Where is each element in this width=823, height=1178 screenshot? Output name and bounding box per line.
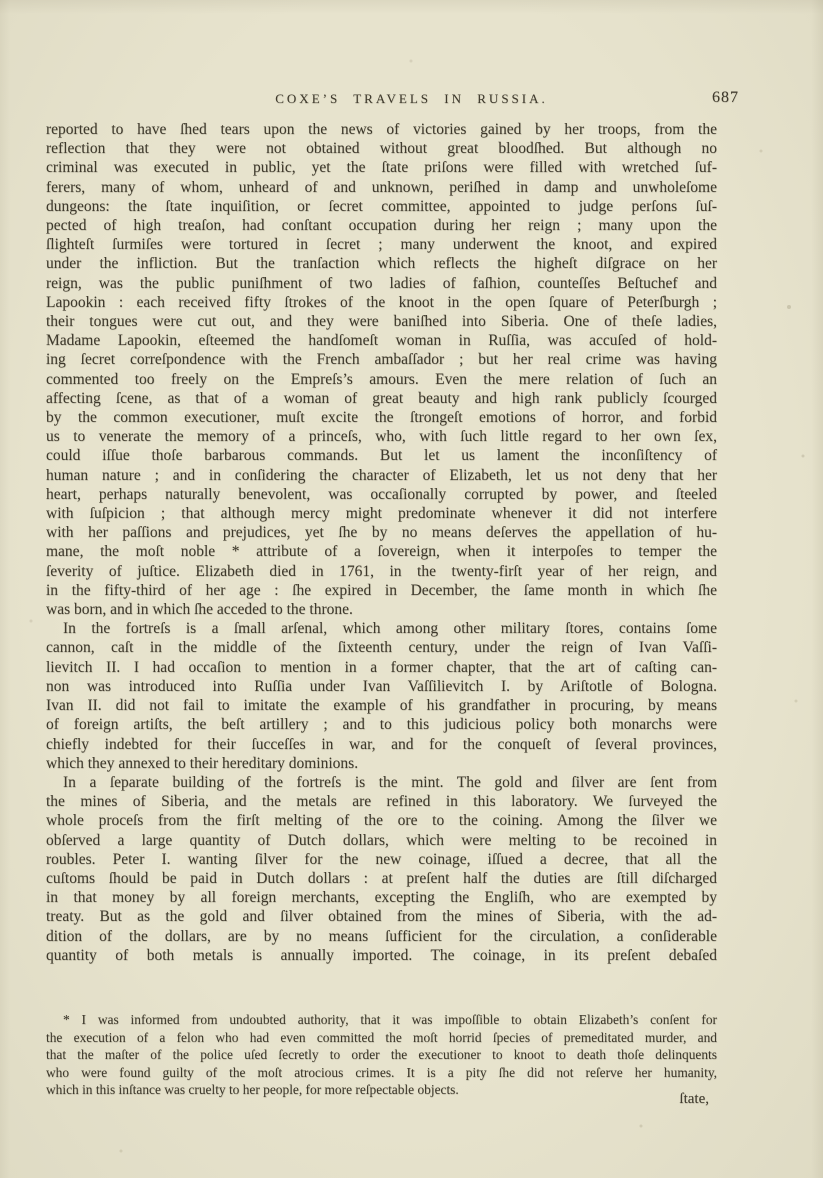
body-line: their tongues were cut out, and they wer… <box>46 312 717 331</box>
body-line: In a ſeparate building of the fortreſs i… <box>46 773 717 792</box>
body-line: ſlighteſt ſurmiſes were tortured in ſecr… <box>46 235 717 254</box>
body-line: whole proceſs from the firſt melting of … <box>46 811 717 830</box>
footnote: * I was informed from undoubted authorit… <box>46 1011 717 1099</box>
body-line: by the common executioner, muſt excite t… <box>46 408 717 427</box>
body-line: could iſſue thoſe barbarous commands. Bu… <box>46 446 717 465</box>
body-text: reported to have ſhed tears upon the new… <box>46 120 717 965</box>
body-line: cuſtoms ſhould be paid in Dutch dollars … <box>46 869 717 888</box>
body-line: quantity of both metals is annually impo… <box>46 946 717 965</box>
body-line: In the fortreſs is a ſmall arſenal, whic… <box>46 619 717 638</box>
body-line: of foreign artiſts, the beſt artillery ;… <box>46 715 717 734</box>
paragraph: In a ſeparate building of the fortreſs i… <box>46 773 717 965</box>
body-line: under the infliction. But the tranſactio… <box>46 254 717 273</box>
footnote-line: * I was informed from undoubted authorit… <box>46 1011 717 1029</box>
body-line: commented too freely on the Empreſs’s am… <box>46 370 717 389</box>
paper-specks <box>0 0 2 2</box>
body-line: criminal was executed in public, yet the… <box>46 158 717 177</box>
body-line: human nature ; and in conſidering the ch… <box>46 466 717 485</box>
body-line: mane, the moſt noble * attribute of a ſo… <box>46 542 717 561</box>
body-line: Ivan II. did not fail to imitate the exa… <box>46 696 717 715</box>
footnote-line: the execution of a felon who had even co… <box>46 1029 717 1047</box>
body-line: Madame Lapookin, eſteemed the handſomeſt… <box>46 331 717 350</box>
body-line: reflection that they were not obtained w… <box>46 139 717 158</box>
body-line: lievitch II. I had occaſion to mention i… <box>46 658 717 677</box>
body-line: with her paſſions and prejudices, yet ſh… <box>46 523 717 542</box>
page-number: 687 <box>712 89 739 107</box>
body-line: heart, perhaps naturally benevolent, was… <box>46 485 717 504</box>
paragraph: * I was informed from undoubted authorit… <box>46 1011 717 1099</box>
body-line: with ſuſpicion ; that although mercy mig… <box>46 504 717 523</box>
body-line: dition of the dollars, are by no means ſ… <box>46 927 717 946</box>
body-line: ferers, many of whom, unheard of and unk… <box>46 178 717 197</box>
body-line: pected of high treaſon, had conſtant occ… <box>46 216 717 235</box>
body-line: the mines of Siberia, and the metals are… <box>46 792 717 811</box>
body-line: affecting ſcene, as that of a woman of g… <box>46 389 717 408</box>
body-line: reported to have ſhed tears upon the new… <box>46 120 717 139</box>
body-line: ing ſecret correſpondence with the Frenc… <box>46 350 717 369</box>
body-line: dungeons: the ſtate inquiſition, or ſecr… <box>46 197 717 216</box>
footnote-line: who were found guilty of the moſt atroci… <box>46 1064 717 1082</box>
body-line: chiefly indebted for their ſucceſſes in … <box>46 735 717 754</box>
body-line: ſeverity of juſtice. Elizabeth died in 1… <box>46 562 717 581</box>
body-line: was born, and in which ſhe acceded to th… <box>46 600 717 619</box>
body-line: Lapookin : each received fifty ſtrokes o… <box>46 293 717 312</box>
body-line: reign, was the public puniſhment of two … <box>46 274 717 293</box>
paragraph: reported to have ſhed tears upon the new… <box>46 120 717 619</box>
body-line: us to venerate the memory of a princeſs,… <box>46 427 717 446</box>
footnote-line: that the maſter of the police uſed ſecre… <box>46 1046 717 1064</box>
body-line: in the fifty-third of her age : ſhe expi… <box>46 581 717 600</box>
paragraph: In the fortreſs is a ſmall arſenal, whic… <box>46 619 717 773</box>
body-line: treaty. But as the gold and ſilver obtai… <box>46 907 717 926</box>
footnote-line: which in this inſtance was cruelty to he… <box>46 1081 717 1099</box>
body-line: which they annexed to their hereditary d… <box>46 754 717 773</box>
body-line: obſerved a large quantity of Dutch dolla… <box>46 831 717 850</box>
body-line: in that money by all foreign merchants, … <box>46 888 717 907</box>
body-line: non was introduced into Ruſſia under Iva… <box>46 677 717 696</box>
book-page: COXE’S TRAVELS IN RUSSIA. 687 reported t… <box>0 0 823 1178</box>
running-title: COXE’S TRAVELS IN RUSSIA. <box>0 91 823 107</box>
body-line: roubles. Peter I. wanting ſilver for the… <box>46 850 717 869</box>
body-line: cannon, caſt in the middle of the ſixtee… <box>46 638 717 657</box>
catchword: ſtate, <box>679 1091 709 1108</box>
